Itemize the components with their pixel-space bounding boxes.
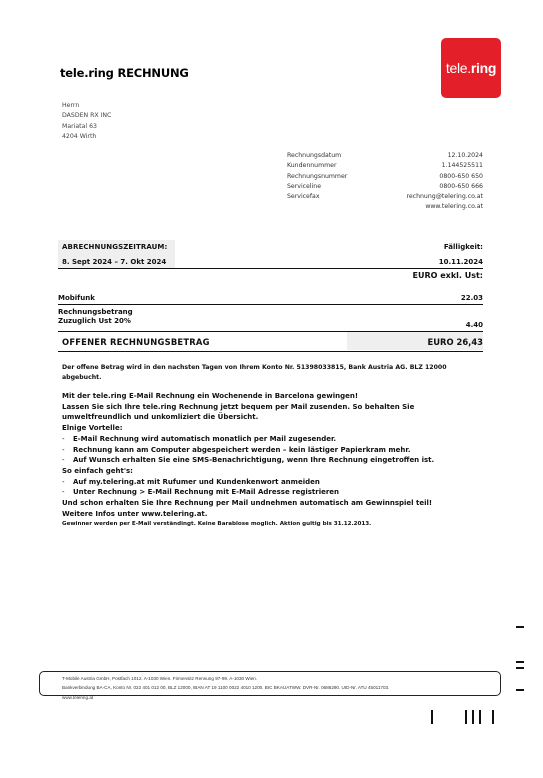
promo-intro: umweltfreundlich und unkomliziert die Üb… — [62, 412, 482, 423]
meta-label: Rechnungsdatum — [287, 151, 341, 161]
barcode-mark — [492, 710, 494, 724]
omr-mark — [516, 689, 524, 691]
telering-logo: tele.ring — [441, 38, 501, 98]
line-item-label: Rechnungsbetrang — [58, 308, 483, 316]
logo-text-tele: tele — [446, 60, 467, 76]
meta-value: 0800-650 666 — [439, 182, 483, 192]
footer-line-bank: Bankverbindung BA-CA, Konto Nr. 022 401 … — [62, 683, 389, 692]
invoice-meta: Rechnungsdatum 12.10.2024 Kundennummer 1… — [287, 151, 483, 213]
promo-headline: Mit der tele.ring E-Mail Rechnung ein Wo… — [62, 391, 482, 402]
meta-row-customer-number: Kundennummer 1.144525511 — [287, 161, 483, 171]
barcode-mark — [465, 710, 467, 724]
advantages-title: Elnige Vortelle: — [62, 423, 482, 434]
footer-text: T-Mobile Austria GmbH, Postfach 1012. A-… — [62, 674, 389, 702]
debit-notice-line: abgebucht. — [62, 373, 482, 383]
footer-line-website: www.telering.at — [62, 693, 389, 702]
meta-value: 0800-650 650 — [439, 172, 483, 182]
divider — [58, 304, 483, 305]
meta-row-servicefax: Servicefax rechnung@telering.co.at — [287, 192, 483, 202]
line-item-label: Mobifunk — [58, 294, 95, 302]
barcode-mark — [479, 710, 481, 724]
address-line-name: DASDEN RX INC — [62, 111, 111, 121]
meta-value: 1.144525511 — [442, 161, 483, 171]
meta-value-email[interactable]: rechnung@telering.co.at — [406, 192, 483, 202]
bullet: - — [62, 445, 73, 456]
period-label: ABRECHNUNGSZEITRAUM: — [62, 243, 167, 251]
recipient-address: Herrn DASDEN RX INC Mariatal 63 4204 Wir… — [62, 101, 111, 142]
address-line-city: 4204 Wirth — [62, 132, 111, 142]
list-item: - Unter Rechnung > E-Mail Rechnung mit E… — [62, 487, 482, 498]
due-date-value: 10.11.2024 — [439, 258, 483, 266]
list-item: - Auf Wunsch erhalten Sie eine SMS-Benac… — [62, 455, 482, 466]
barcode-mark — [431, 710, 433, 724]
omr-mark — [516, 661, 524, 663]
meta-label: Kundennummer — [287, 161, 337, 171]
line-item-value: 4.40 — [466, 321, 483, 329]
line-item-value: 22.03 — [461, 294, 483, 302]
divider — [58, 351, 483, 352]
promo-section: Mit der tele.ring E-Mail Rechnung ein Wo… — [62, 391, 482, 529]
currency-header: EURO exkl. Ust: — [413, 271, 483, 280]
meta-label: Serviceline — [287, 182, 321, 192]
divider — [58, 268, 483, 269]
footer-line-company: T-Mobile Austria GmbH, Postfach 1012. A-… — [62, 674, 389, 683]
total-label: OFFENER RECHNUNGSBETRAG — [62, 337, 210, 347]
advantage-text: Auf Wunsch erhalten Sie eine SMS-Benachr… — [73, 455, 434, 466]
document-title: tele.ring RECHNUNG — [60, 66, 189, 80]
barcode-mark — [472, 710, 474, 724]
steps-title: So einfach geht's: — [62, 466, 482, 477]
bullet: - — [62, 434, 73, 445]
omr-mark — [516, 667, 524, 669]
meta-label: Servicefax — [287, 192, 320, 202]
step-text: Unter Rechnung > E-Mail Rechnung mit E-M… — [73, 487, 339, 498]
bullet: - — [62, 455, 73, 466]
list-item: - Auf my.telering.at mit Rufumer und Kun… — [62, 477, 482, 488]
advantage-text: Rechnung kann am Computer abgespeichert … — [73, 445, 411, 456]
promo-closing: Und schon erhalten Sie Ihre Rechnung per… — [62, 498, 482, 509]
due-date-label: Fälligkeit: — [444, 243, 483, 251]
fold-mark — [516, 626, 524, 628]
address-line-salutation: Herrn — [62, 101, 111, 111]
list-item: - E-Mail Rechnung wird automatisch monat… — [62, 434, 482, 445]
debit-notice-line: Der offene Betrag wird in den nachsten T… — [62, 363, 482, 373]
period-value: 8. Sept 2024 – 7. Okt 2024 — [62, 258, 166, 266]
address-line-street: Mariatal 63 — [62, 122, 111, 132]
logo-text-ring: ring — [471, 60, 496, 76]
list-item: - Rechnung kann am Computer abgespeicher… — [62, 445, 482, 456]
debit-notice: Der offene Betrag wird in den nachsten T… — [62, 363, 482, 383]
promo-intro: Lassen Sie sich Ihre tele.ring Rechnung … — [62, 402, 482, 413]
meta-row-invoice-number: Rechnungsnummer 0800-650 650 — [287, 172, 483, 182]
meta-value-website[interactable]: www.telering.co.at — [425, 202, 483, 212]
step-text: Auf my.telering.at mit Rufumer und Kunde… — [73, 477, 320, 488]
meta-row-website: www.telering.co.at — [287, 202, 483, 212]
line-item-mobilfunk: Mobifunk 22.03 — [58, 294, 483, 302]
meta-row-invoice-date: Rechnungsdatum 12.10.2024 — [287, 151, 483, 161]
bullet: - — [62, 477, 73, 488]
line-item-sublabel: Zuzuglich Ust 20% — [58, 317, 483, 325]
bullet: - — [62, 487, 73, 498]
promo-more-info: Weitere Infos unter www.telering.at. — [62, 509, 482, 520]
meta-value: 12.10.2024 — [448, 151, 483, 161]
advantage-text: E-Mail Rechnung wird automatisch monatli… — [73, 434, 336, 445]
promo-fine-print: Gewinner werden per E-Mail verständingt.… — [62, 519, 482, 529]
meta-row-serviceline: Serviceline 0800-650 666 — [287, 182, 483, 192]
meta-label: Rechnungsnummer — [287, 172, 347, 182]
line-item-tax: Rechnungsbetrang Zuzuglich Ust 20% 4.40 — [58, 308, 483, 325]
total-value: EURO 26,43 — [428, 337, 484, 347]
